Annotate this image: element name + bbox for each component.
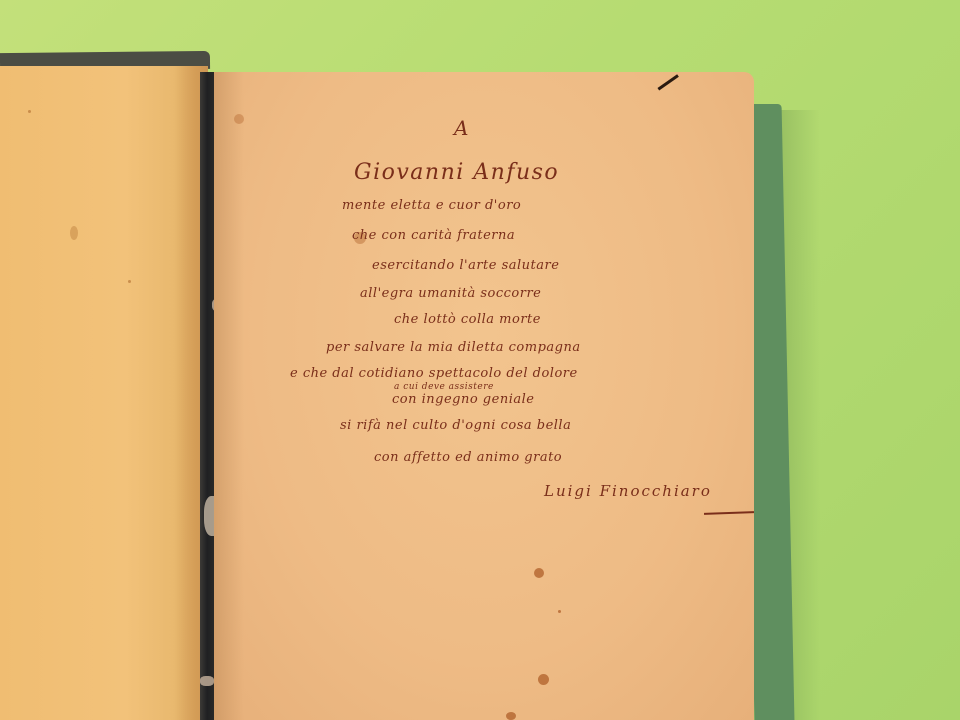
signature-flourish: [704, 511, 754, 515]
handwritten-dedication: A Giovanni Anfuso mente eletta e cuor d'…: [214, 72, 754, 720]
signature: Luigi Finocchiaro: [544, 482, 712, 500]
dedication-line: all'egra umanità soccorre: [360, 286, 541, 301]
recipient-name: Giovanni Anfuso: [354, 160, 559, 185]
book-photo: A Giovanni Anfuso mente eletta e cuor d'…: [0, 0, 960, 720]
dedication-line: esercitando l'arte salutare: [372, 258, 559, 273]
dedication-line: che lottò colla morte: [394, 312, 541, 327]
dedication-line: che con carità fraterna: [352, 228, 515, 243]
foxing-spot: [28, 110, 31, 113]
dedication-line: con ingegno geniale: [392, 392, 534, 407]
dedication-line: mente eletta e cuor d'oro: [342, 198, 521, 213]
dedication-line: e che dal cotidiano spettacolo del dolor…: [290, 366, 578, 381]
foxing-spot: [70, 226, 78, 240]
dedication-insertion: a cui deve assistere: [394, 382, 494, 392]
dedication-line: si rifà nel culto d'ogni cosa bella: [340, 418, 571, 433]
ink-mark: [657, 74, 678, 90]
foxing-spot: [128, 280, 131, 283]
dedication-line: per salvare la mia diletta compagna: [326, 340, 581, 355]
left-page: [0, 66, 208, 720]
dedication-heading: A: [454, 116, 469, 140]
torn-paper: [200, 676, 214, 686]
dedication-line: con affetto ed animo grato: [374, 450, 562, 465]
